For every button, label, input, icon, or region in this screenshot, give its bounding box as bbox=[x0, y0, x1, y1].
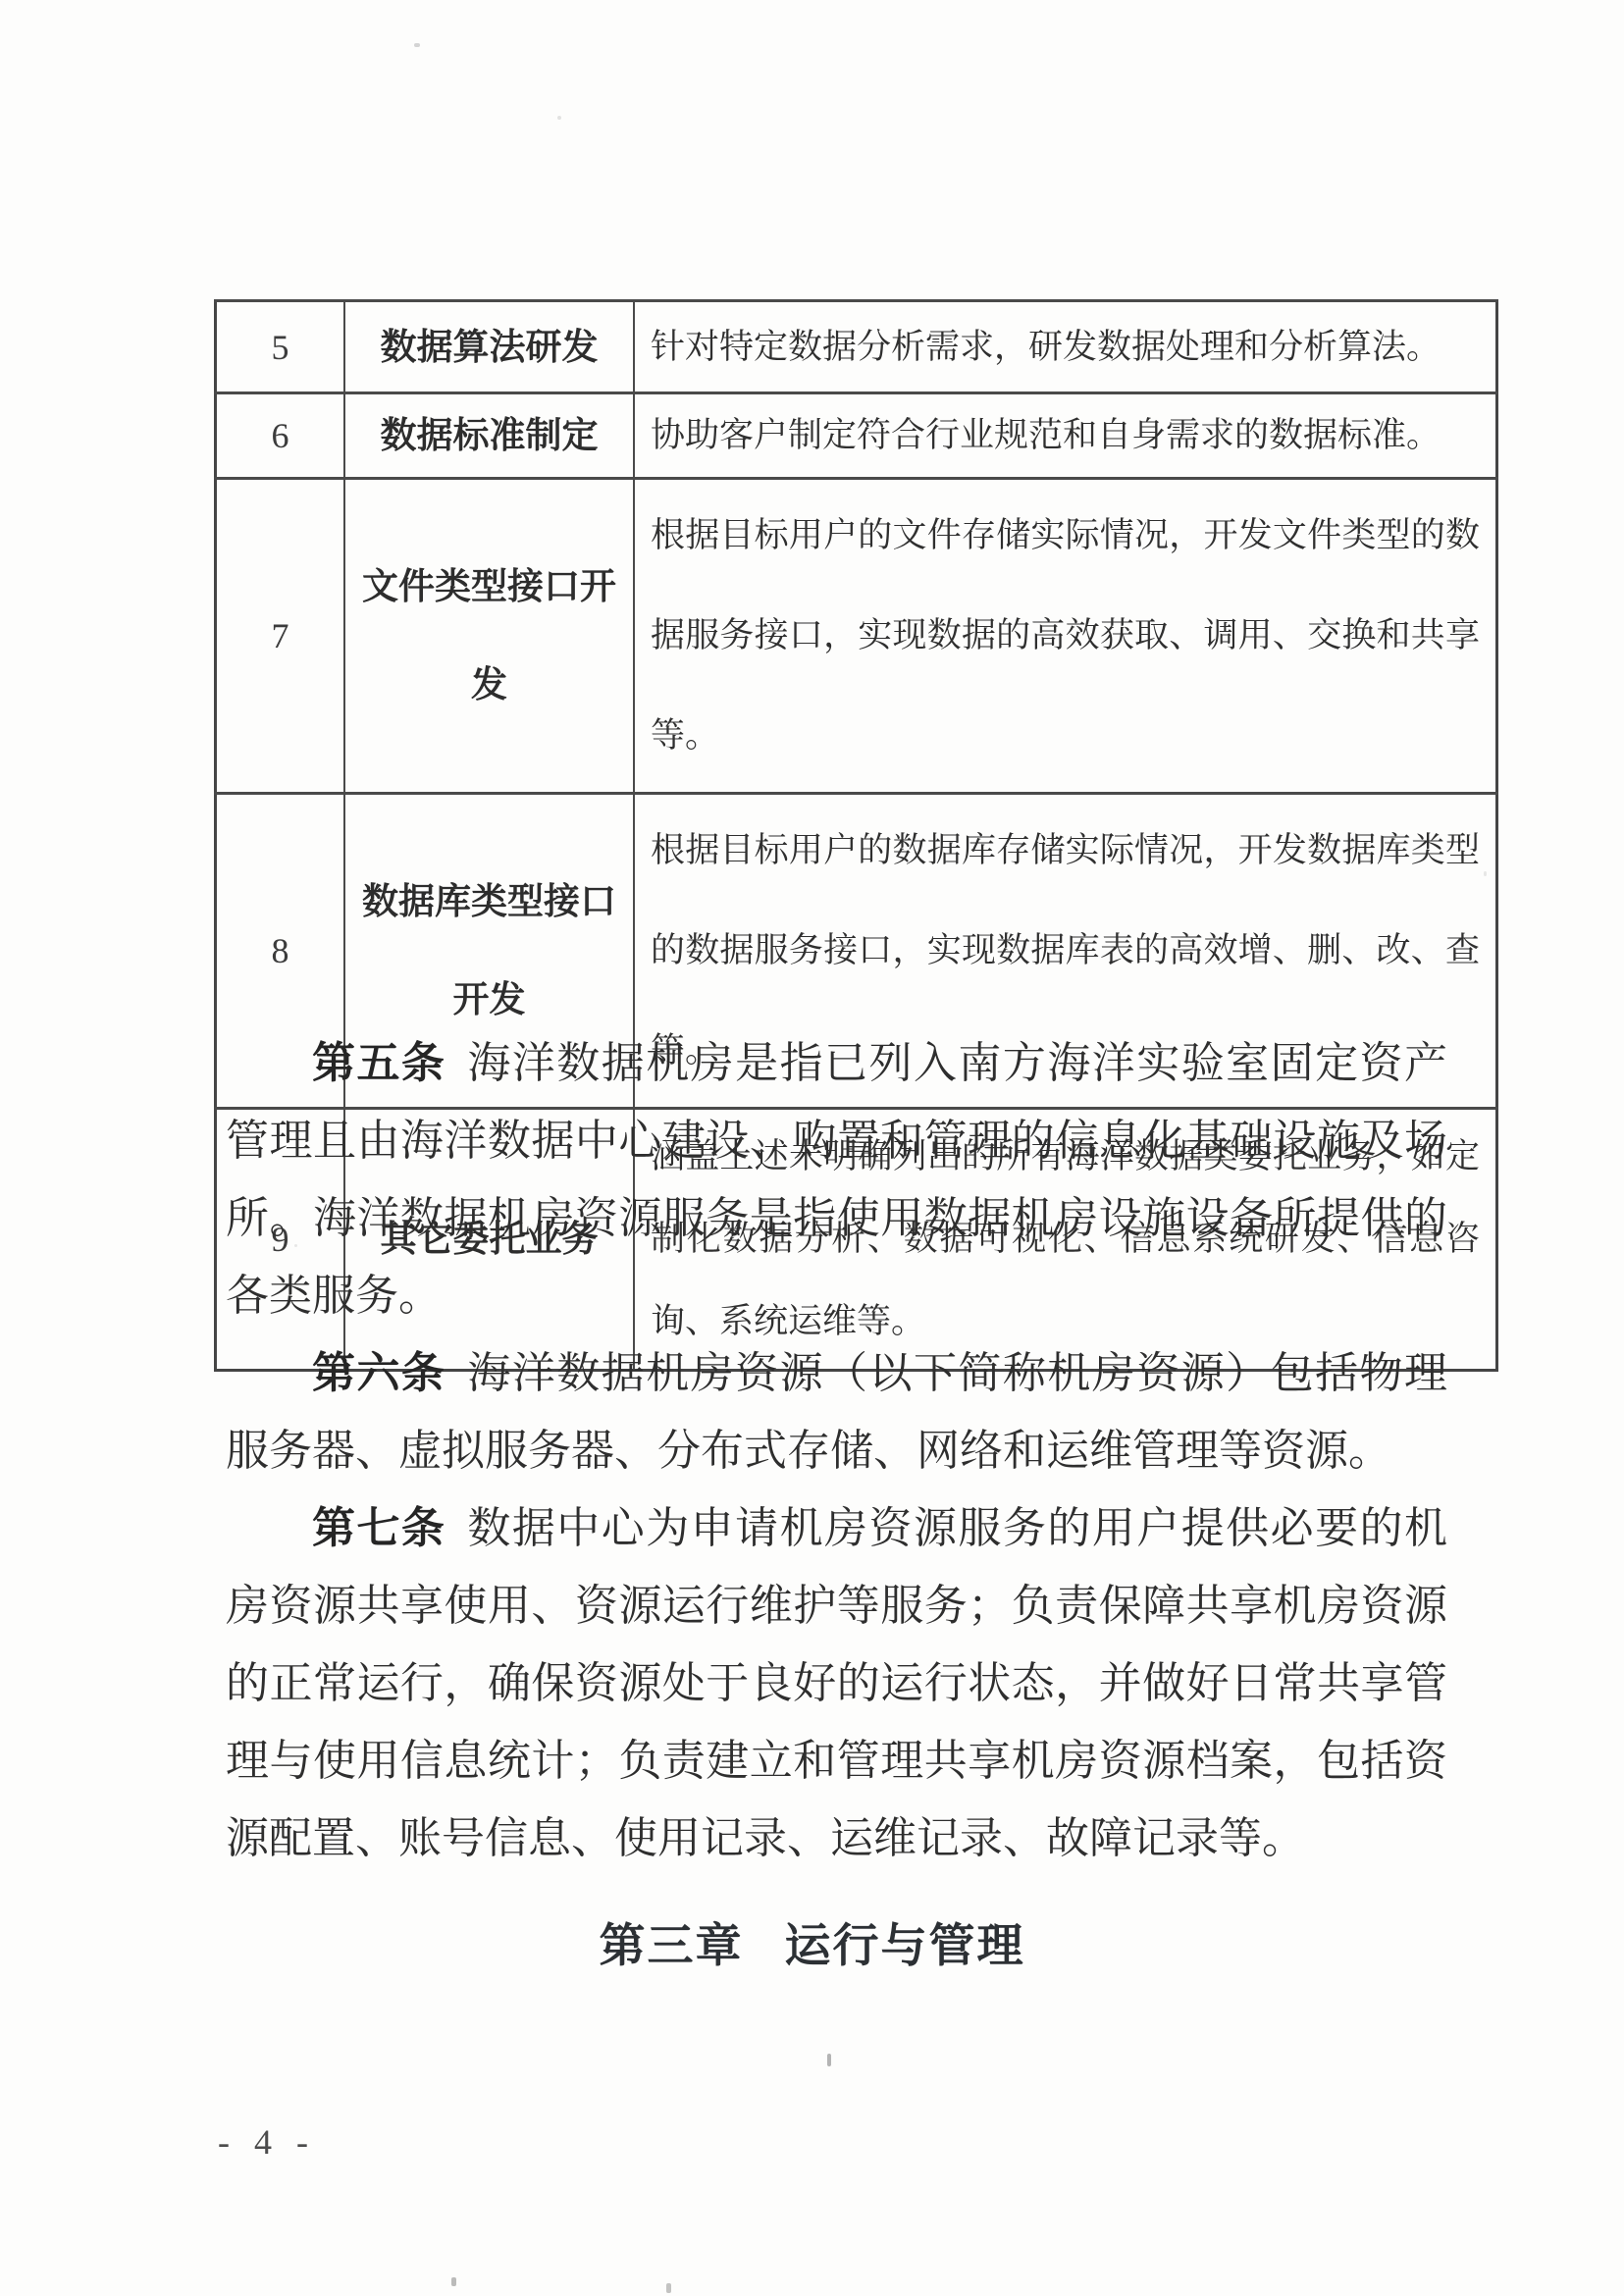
table-row: 7 文件类型接口开发 根据目标用户的文件存储实际情况，开发文件类型的数据服务接口… bbox=[216, 479, 1497, 794]
article-6: 第六条海洋数据机房资源（以下简称机房资源）包括物理服务器、虚拟服务器、分布式存储… bbox=[226, 1334, 1447, 1489]
scan-speck bbox=[1484, 871, 1487, 876]
scan-speck bbox=[414, 43, 420, 47]
service-name: 文件类型接口开发 bbox=[344, 479, 634, 794]
article-5-label: 第五条 bbox=[312, 1039, 445, 1087]
article-text-block: 第五条海洋数据机房是指已列入南方海洋实验室固定资产管理且由海洋数据中心建设、购置… bbox=[226, 1024, 1447, 1877]
article-7-body: 数据中心为申请机房资源服务的用户提供必要的机房资源共享使用、资源运行维护等服务；… bbox=[226, 1504, 1447, 1862]
chapter-number: 第三章 bbox=[600, 1919, 744, 1971]
scan-speck bbox=[557, 116, 561, 120]
article-7: 第七条数据中心为申请机房资源服务的用户提供必要的机房资源共享使用、资源运行维护等… bbox=[226, 1489, 1447, 1877]
service-description: 根据目标用户的文件存储实际情况，开发文件类型的数据服务接口，实现数据的高效获取、… bbox=[634, 479, 1497, 794]
table-row: 5 数据算法研发 针对特定数据分析需求，研发数据处理和分析算法。 bbox=[216, 301, 1497, 393]
scan-speck bbox=[666, 2283, 671, 2293]
chapter-heading: 第三章运行与管理 bbox=[0, 1909, 1624, 1975]
scan-speck bbox=[294, 1244, 297, 1247]
article-6-label: 第六条 bbox=[312, 1349, 445, 1397]
chapter-title: 运行与管理 bbox=[785, 1919, 1025, 1971]
row-number: 6 bbox=[216, 393, 345, 479]
service-name: 数据算法研发 bbox=[344, 301, 634, 393]
document-page: 5 数据算法研发 针对特定数据分析需求，研发数据处理和分析算法。 6 数据标准制… bbox=[0, 0, 1624, 2296]
article-5: 第五条海洋数据机房是指已列入南方海洋实验室固定资产管理且由海洋数据中心建设、购置… bbox=[226, 1024, 1447, 1334]
article-7-label: 第七条 bbox=[312, 1504, 445, 1552]
scan-speck bbox=[827, 2054, 831, 2066]
scan-speck bbox=[451, 2277, 456, 2286]
row-number: 7 bbox=[216, 479, 345, 794]
table-row: 6 数据标准制定 协助客户制定符合行业规范和自身需求的数据标准。 bbox=[216, 393, 1497, 479]
row-number: 5 bbox=[216, 301, 345, 393]
service-name: 数据标准制定 bbox=[344, 393, 634, 479]
service-description: 协助客户制定符合行业规范和自身需求的数据标准。 bbox=[634, 393, 1497, 479]
page-number: - 4 - bbox=[218, 2121, 316, 2163]
service-description: 针对特定数据分析需求，研发数据处理和分析算法。 bbox=[634, 301, 1497, 393]
